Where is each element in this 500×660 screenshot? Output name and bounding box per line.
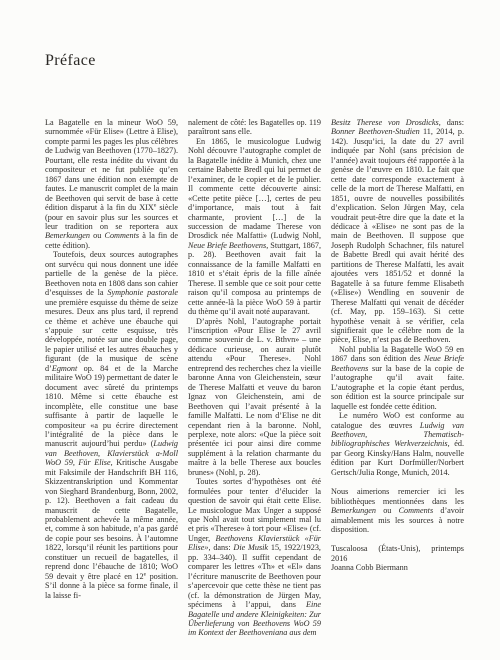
text-run: 11, 2014, p. 142). Jusqu’ici, la date du…	[331, 127, 464, 344]
page-title: Préface	[45, 52, 96, 70]
paragraph: nalement de côté: les Bagatelles op. 119…	[188, 118, 321, 137]
text-run: op. 84 et de la Marche militaire WoO 19)…	[45, 364, 178, 449]
italic-text-run: Bemerkungen	[45, 231, 90, 240]
text-run: Nous aimerions remercier ici les bibliot…	[331, 487, 464, 505]
text-run: ou	[90, 231, 104, 240]
text-run: , dans:	[439, 118, 464, 127]
italic-text-run: Bonner Beethoven-Studien	[331, 127, 420, 136]
paragraph: Toutefois, deux sources autographes ont …	[45, 250, 178, 600]
text-run: , Stuttgart, 1867, p. 28). Beethoven ava…	[188, 241, 321, 316]
paragraph: Besitz Therese von Drosdicks, dans: Bonn…	[331, 118, 464, 345]
text-column-2: nalement de côté: les Bagatelles op. 119…	[188, 118, 321, 638]
paragraph: La Bagatelle en la mineur WoO 59, surnom…	[45, 118, 178, 250]
paragraph: Nous aimerions remercier ici les bibliot…	[331, 487, 464, 534]
italic-text-run: Neue Briefe Beethovens	[188, 241, 266, 250]
italic-text-run: Symphonie pastorale	[107, 288, 178, 297]
italic-text-run: Egmont	[52, 364, 77, 373]
italic-text-run: Die Musik	[233, 543, 268, 552]
text-column-3: Besitz Therese von Drosdicks, dans: Bonn…	[331, 118, 464, 573]
text-run: En 1865, le musicologue Ludwig Nohl déco…	[188, 137, 321, 241]
paragraph: Toutes sortes d’hypothèses ont été formu…	[188, 477, 321, 638]
italic-text-run: Comments	[104, 231, 139, 240]
text-run: nalement de côté: les Bagatelles op. 119…	[188, 118, 321, 136]
paragraph: Joanna Cobb Biermann	[331, 563, 464, 572]
paragraph: En 1865, le musicologue Ludwig Nohl déco…	[188, 137, 321, 317]
paragraph: D’après Nohl, l’autographe portait l’ins…	[188, 317, 321, 478]
italic-text-run: Bemerkungen	[331, 506, 376, 515]
text-run: La Bagatelle en la mineur WoO 59, surnom…	[45, 118, 178, 212]
text-run: Joanna Cobb Biermann	[331, 563, 408, 572]
text-run: D’après Nohl, l’autographe portait l’ins…	[188, 317, 321, 477]
text-run: une première esquisse du thème de seize …	[45, 298, 178, 373]
text-run: ou	[376, 506, 399, 515]
text-run: , dans:	[208, 543, 233, 552]
text-run: Tuscaloosa (États-Unis), printemps 2016	[331, 544, 464, 562]
italic-text-run: Besitz Therese von Drosdicks	[331, 118, 439, 127]
text-run: 15, 1922/1923, pp. 334–340). Il suffit c…	[188, 543, 321, 609]
paragraph: Le numéro WoO est conforme au catalogue …	[331, 411, 464, 477]
italic-text-run: Comments	[399, 506, 434, 515]
paragraph: Tuscaloosa (États-Unis), printemps 2016	[331, 544, 464, 563]
preface-page: Préface La Bagatelle en la mineur WoO 59…	[0, 0, 500, 660]
text-run: , Kritische Ausgabe mit Faksimile der Ha…	[45, 458, 178, 580]
paragraph: Nohl publia la Bagatelle WoO 59 en 1867 …	[331, 345, 464, 411]
text-column-1: La Bagatelle en la mineur WoO 59, surnom…	[45, 118, 178, 600]
